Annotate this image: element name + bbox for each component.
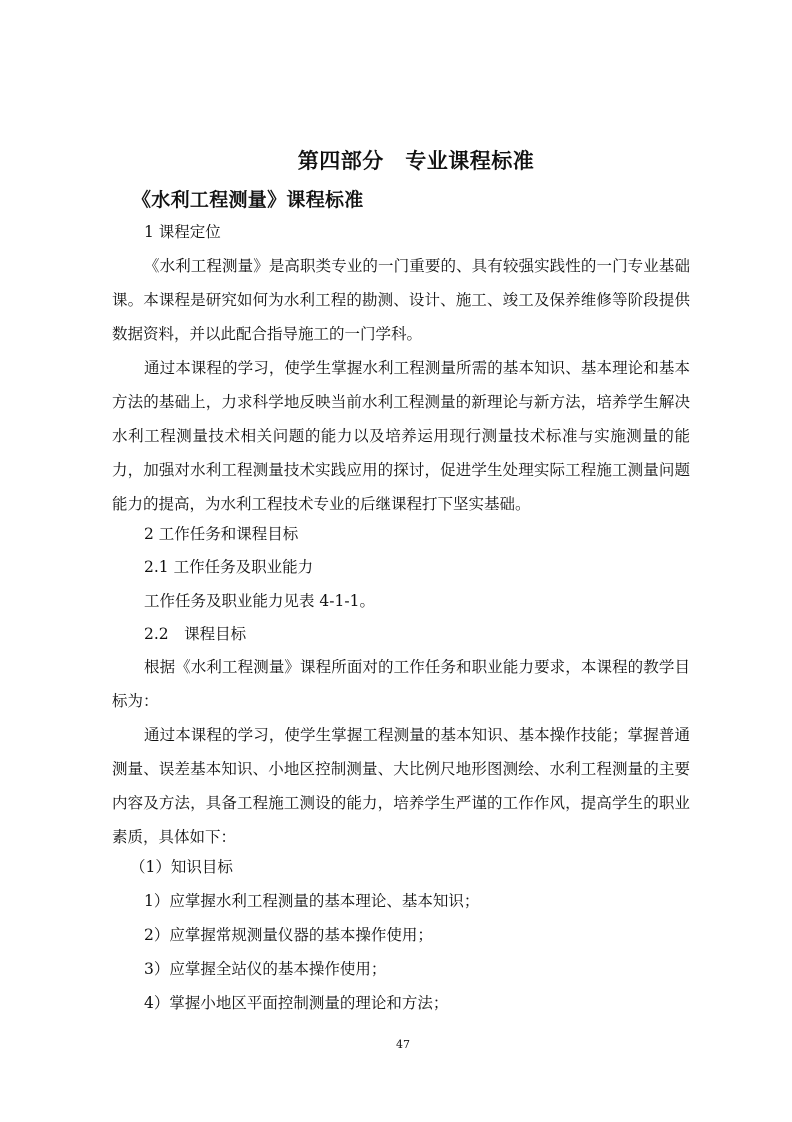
paragraph-text: 通过本课程的学习，使学生掌握工程测量的基本知识、基本操作技能；掌握普通测量、误差… xyxy=(112,718,690,854)
section-1-paragraph-2: 通过本课程的学习，使学生掌握水利工程测量所需的基本知识、基本理论和基本方法的基础… xyxy=(112,351,690,521)
paragraph-text: 《水利工程测量》是高职类专业的一门重要的、具有较强实践性的一门专业基础课。本课程… xyxy=(112,249,690,351)
section-2-1-heading: 2.1 工作任务及职业能力 xyxy=(144,550,313,584)
section-1-paragraph-1: 《水利工程测量》是高职类专业的一门重要的、具有较强实践性的一门专业基础课。本课程… xyxy=(112,249,690,351)
section-2-2-heading: 2.2 课程目标 xyxy=(144,617,246,651)
course-title: 《水利工程测量》课程标准 xyxy=(132,185,364,212)
document-page: 第四部分 专业课程标准 《水利工程测量》课程标准 1 课程定位 《水利工程测量》… xyxy=(0,0,792,1122)
section-2-2-paragraph-2: 通过本课程的学习，使学生掌握工程测量的基本知识、基本操作技能；掌握普通测量、误差… xyxy=(112,718,690,854)
paragraph-text: 通过本课程的学习，使学生掌握水利工程测量所需的基本知识、基本理论和基本方法的基础… xyxy=(112,351,690,521)
knowledge-goals-heading: （1）知识目标 xyxy=(130,850,233,884)
knowledge-item-4: 4）掌握小地区平面控制测量的理论和方法； xyxy=(144,986,448,1020)
page-number: 47 xyxy=(0,1038,792,1051)
paragraph-text: 根据《水利工程测量》课程所面对的工作任务和职业能力要求，本课程的教学目标为： xyxy=(112,650,690,718)
section-1-heading: 1 课程定位 xyxy=(144,215,221,249)
section-2-1-text: 工作任务及职业能力见表 4-1-1。 xyxy=(144,584,375,618)
knowledge-item-3: 3）应掌握全站仪的基本操作使用； xyxy=(144,952,386,986)
part-title: 第四部分 专业课程标准 xyxy=(0,145,792,175)
section-2-heading: 2 工作任务和课程目标 xyxy=(144,517,298,551)
knowledge-item-2: 2）应掌握常规测量仪器的基本操作使用； xyxy=(144,918,433,952)
section-2-2-paragraph-1: 根据《水利工程测量》课程所面对的工作任务和职业能力要求，本课程的教学目标为： xyxy=(112,650,690,718)
knowledge-item-1: 1）应掌握水利工程测量的基本理论、基本知识； xyxy=(144,884,479,918)
